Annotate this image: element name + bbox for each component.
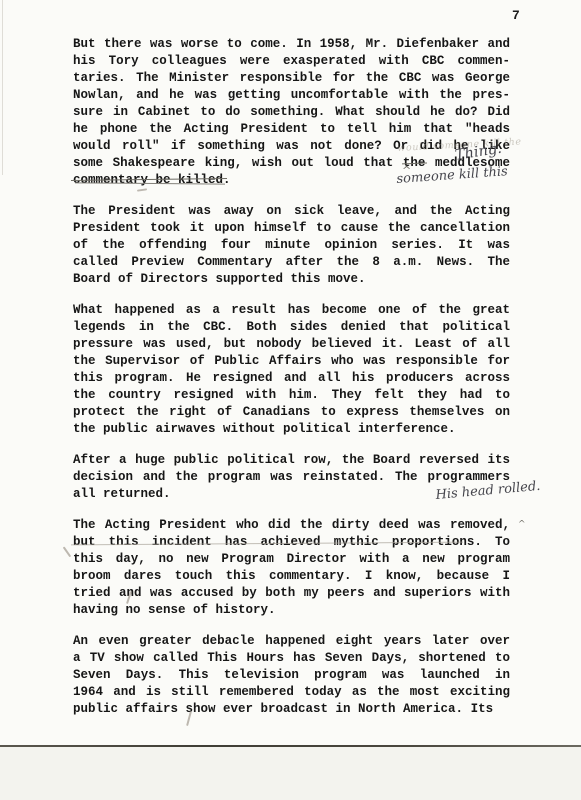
- typed-line: Nowlan, and he was getting uncomfortable…: [73, 87, 510, 104]
- typed-line: tried and was accused by both my peers a…: [73, 585, 510, 602]
- typed-line: this day, no new Program Director with a…: [73, 551, 510, 568]
- struck-phrase-commentary-be-killed: commentary be killed: [73, 172, 223, 189]
- typed-line: having no sense of history.: [73, 602, 510, 619]
- typed-line: the Supervisor of Public Affairs who was…: [73, 353, 510, 370]
- typed-line: he phone the Acting President to tell hi…: [73, 121, 510, 138]
- typed-line: his Tory colleagues were exasperated wit…: [73, 53, 510, 70]
- page-number: 7: [512, 8, 520, 23]
- typed-line: of the offending four minute opinion ser…: [73, 237, 510, 254]
- typed-line: After a huge public political row, the B…: [73, 452, 510, 469]
- scanner-background: [0, 747, 581, 800]
- typed-line: 1964 and is still remembered today as th…: [73, 684, 510, 701]
- typed-line: public affairs show ever broadcast in No…: [73, 701, 510, 718]
- typed-line: a TV show called This Hours has Seven Da…: [73, 650, 510, 667]
- paragraph-6: An even greater debacle happened eight y…: [73, 633, 510, 718]
- paragraph-1: But there was worse to come. In 1958, Mr…: [73, 36, 510, 189]
- paragraph-2: The President was away on sick leave, an…: [73, 203, 510, 288]
- typed-line: pressure was used, but nobody believed i…: [73, 336, 510, 353]
- scan-left-edge: [2, 0, 3, 175]
- paragraph-5: The Acting President who did the dirty d…: [73, 517, 510, 619]
- typed-text: .: [223, 173, 231, 187]
- typed-line: this program. He resigned and all his pr…: [73, 370, 510, 387]
- typed-line: President took it upon himself to cause …: [73, 220, 510, 237]
- typed-line: The President was away on sick leave, an…: [73, 203, 510, 220]
- insertion-caret: ^: [518, 520, 526, 530]
- typed-line: the public airwaves without political in…: [73, 421, 510, 438]
- typed-line: An even greater debacle happened eight y…: [73, 633, 510, 650]
- typed-line: Board of Directors supported this move.: [73, 271, 510, 288]
- typed-line: decision and the program was reinstated.…: [73, 469, 510, 486]
- pencil-mark: [63, 547, 71, 558]
- typed-line: Seven Days. This television program was …: [73, 667, 510, 684]
- typed-line: protect the right of Canadians to expres…: [73, 404, 510, 421]
- typed-line: sure in Cabinet to do something. What sh…: [73, 104, 510, 121]
- typed-line: But there was worse to come. In 1958, Mr…: [73, 36, 510, 53]
- paragraph-3: What happened as a result has become one…: [73, 302, 510, 438]
- typed-line: the country resigned with him. They felt…: [73, 387, 510, 404]
- typed-line: broom dares touch this commentary. I kno…: [73, 568, 510, 585]
- document-page: 7 But there was worse to come. In 1958, …: [0, 0, 581, 800]
- typed-line: legends in the CBC. Both sides denied th…: [73, 319, 510, 336]
- typed-line: taries. The Minister responsible for the…: [73, 70, 510, 87]
- typed-line: The Acting President who did the dirty d…: [73, 517, 510, 534]
- typed-line: called Preview Commentary after the 8 a.…: [73, 254, 510, 271]
- typed-text: some Shakespeare king, wish out loud tha…: [73, 156, 403, 170]
- typed-line: What happened as a result has become one…: [73, 302, 510, 319]
